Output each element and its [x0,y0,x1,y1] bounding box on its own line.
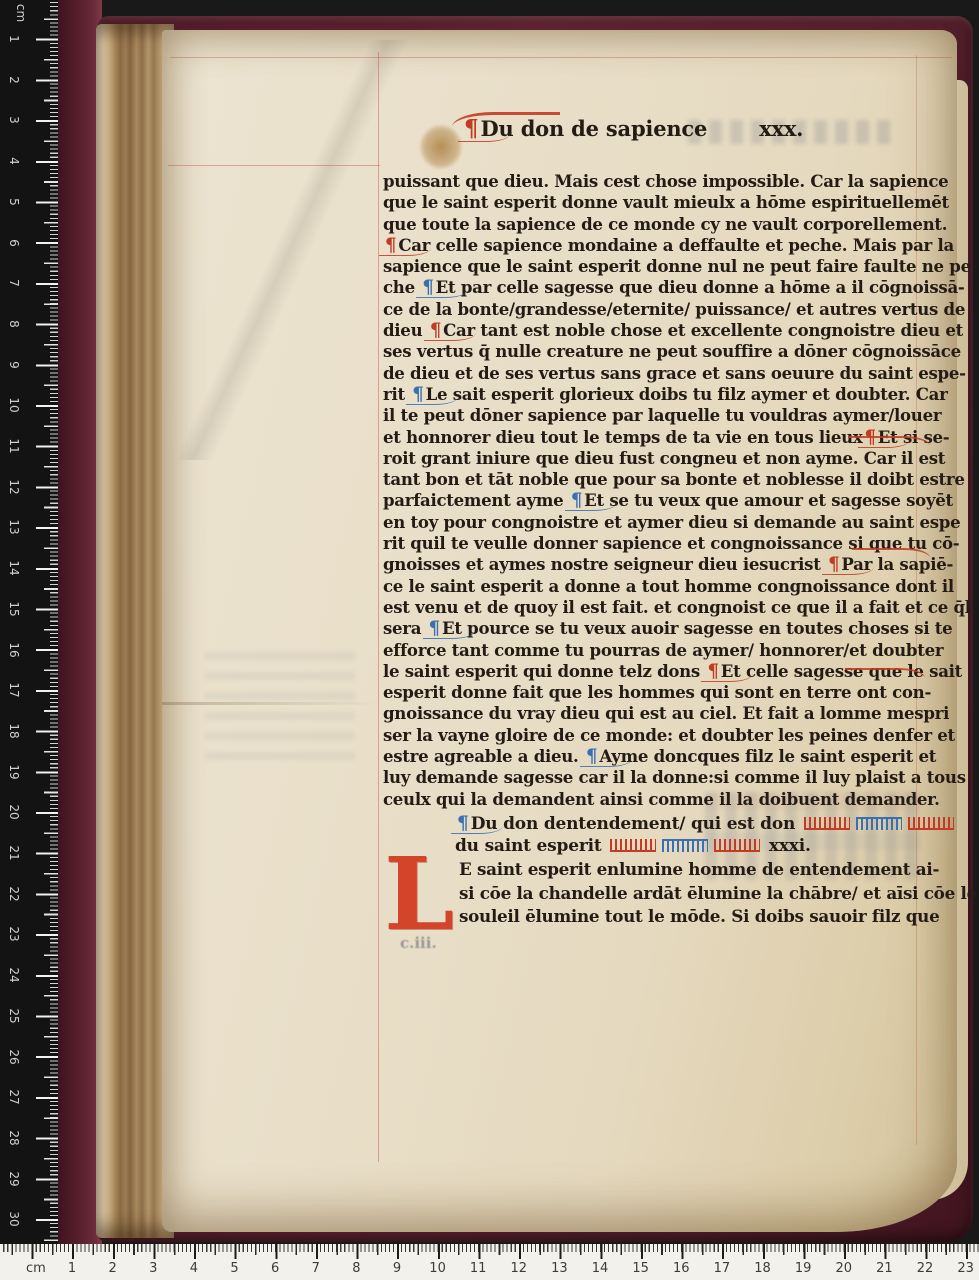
ruler-number: 20 [7,804,21,820]
text-segment: luy demande sagesse car il la donne:si c… [383,767,966,787]
running-header: ¶ Du don de sapience xxx. [462,115,803,142]
ruler-unit-label: cm [14,4,28,22]
text-segment: Et pource se tu veux auoir sagesse en to… [442,618,952,638]
ruled-line-vertical-left [378,52,379,1162]
text-line: efforce tant comme tu pourras de aymer/ … [383,640,924,661]
text-line: puissant que dieu. Mais cest chose impos… [383,171,924,192]
pilcrow-mark: ¶ [420,277,435,298]
ruler-number: 18 [7,723,21,739]
text-segment: efforce tant comme tu pourras de aymer/ … [383,640,943,660]
text-segment: gnoissance du vray dieu qui est au ciel.… [383,703,949,723]
text-segment: le saint esperit qui donne telz dons [383,661,705,681]
ruler-number: 25 [7,1008,21,1024]
text-line: ¶Du don dentendement/ qui est don [455,812,924,835]
ruler-number: 30 [7,1211,21,1227]
line-filler [662,839,708,852]
text-segment: en toy pour congnoistre et aymer dieu si… [383,512,960,532]
ruler-ticks [0,1244,979,1260]
text-segment: Car celle sapience mondaine a deffaulte … [398,235,954,255]
text-line: E saint esperit enlumine homme de entend… [459,858,924,882]
ruler-number: 23 [955,1261,977,1276]
pilcrow-mark: ¶ [427,618,442,639]
show-through-ghost-text [205,640,355,760]
text-segment: parfaictement ayme [383,490,569,510]
ruler-number: 14 [7,560,21,576]
pilcrow-mark: ¶ [826,554,841,575]
text-segment: puissant que dieu. Mais cest chose impos… [383,171,948,191]
page-crease [170,40,410,460]
pilcrow-mark: ¶ [705,661,720,682]
ruler-number: 17 [711,1261,733,1276]
text-segment: que le saint esperit donne vault mieulx … [383,192,949,212]
text-line: en toy pour congnoistre et aymer dieu si… [383,512,924,533]
text-segment: roit grant iniure que dieu fust congneu … [383,448,945,468]
chapter-opening-paragraph: E saint esperit enlumine homme de entend… [383,858,924,929]
text-line: rit ¶Le sait esperit glorieux doibs tu f… [383,384,924,405]
lombard-initial: L [384,852,460,938]
text-line: gnoisses et aymes nostre seigneur dieu i… [383,554,924,575]
ruled-line-horizontal-margin [168,165,380,166]
ruler-number: 8 [7,316,21,332]
ruler-number: 20 [833,1261,855,1276]
text-segment: de dieu et de ses vertus sans grace et s… [383,363,966,383]
folio-number: xxx. [759,116,803,141]
ruler-number: 22 [914,1261,936,1276]
ruler-number: 27 [7,1089,21,1105]
ruler-number: 13 [548,1261,570,1276]
ruler-number: 29 [7,1171,21,1187]
ruler-number: 2 [102,1261,124,1276]
text-line: de dieu et de ses vertus sans grace et s… [383,363,924,384]
ruler-number: 2 [7,72,21,88]
text-segment: que toute la sapience de ce monde cy ne … [383,214,947,234]
text-segment: ceulx qui la demandent ainsi comme il la… [383,789,940,809]
text-segment: dieu [383,320,428,340]
line-filler [908,817,954,830]
text-line: ¶Car celle sapience mondaine a deffaulte… [383,235,924,256]
ruler-number: 11 [7,438,21,454]
ruler-number: 26 [7,1049,21,1065]
ruler-number: 12 [7,479,21,495]
ruler-number: 12 [508,1261,530,1276]
horizontal-cm-ruler: cm 1234567891011121314151617181920212223 [0,1244,979,1280]
text-line: est venu et de quoy il est fait. et cong… [383,597,924,618]
red-swash-flourish [852,548,930,558]
text-segment: che [383,277,420,297]
pilcrow-mark: ¶ [428,320,443,341]
text-segment: Et celle sagesse que le sait [721,661,962,681]
text-segment: esperit donne fait que les hommes qui so… [383,682,931,702]
text-line: luy demande sagesse car il la donne:si c… [383,767,924,788]
line-filler [610,839,656,852]
ruler-number: 4 [7,153,21,169]
text-segment: Car tant est noble chose et excellente c… [443,320,963,340]
pilcrow-mark: ¶ [410,384,425,405]
text-line: souleil ēlumine tout le mōde. Si doibs s… [459,905,924,929]
ruler-number: 19 [792,1261,814,1276]
text-line: sera ¶Et pource se tu veux auoir sagesse… [383,618,924,639]
body-text-block: puissant que dieu. Mais cest chose impos… [383,171,924,810]
pilcrow-mark: ¶ [383,235,398,256]
pilcrow-mark: ¶ [455,812,471,834]
text-line: ce de la bonte/grandesse/eternite/ puiss… [383,299,924,320]
ruler-number: 15 [630,1261,652,1276]
ruler-number: 3 [7,112,21,128]
ruler-number: 1 [7,31,21,47]
text-segment: Du don dentendement/ qui est don [471,814,801,834]
text-segment: sapience que le saint esperit donne nul … [383,256,971,276]
text-line: que toute la sapience de ce monde cy ne … [383,214,924,235]
ruler-number: 16 [670,1261,692,1276]
ruler-number: 21 [873,1261,895,1276]
pilcrow-mark: ¶ [462,115,481,142]
pilcrow-mark: ¶ [584,746,599,767]
ruler-number: 9 [386,1261,408,1276]
text-segment: Et se tu veux que amour et sagesse soyēt [584,490,953,510]
ruler-number: 4 [183,1261,205,1276]
text-line: que le saint esperit donne vault mieulx … [383,192,924,213]
text-segment: xxxi. [763,836,811,856]
ink-stain [420,125,462,169]
text-segment: Ayme doncques filz le saint esperit et [599,746,936,766]
ruler-number: 9 [7,357,21,373]
ruler-number: 23 [7,926,21,942]
text-line: roit grant iniure que dieu fust congneu … [383,448,924,469]
text-line: gnoissance du vray dieu qui est au ciel.… [383,703,924,724]
text-line: ce le saint esperit a donne a tout homme… [383,576,924,597]
ruled-line-horizontal-top [170,57,952,58]
pilcrow-mark: ¶ [569,490,584,511]
text-segment: ce le saint esperit a donne a tout homme… [383,576,954,596]
line-filler [714,839,760,852]
ruler-number: 1 [61,1261,83,1276]
text-line: ceulx qui la demandent ainsi comme il la… [383,789,924,810]
text-line: tant bon et tāt noble que pour sa bonte … [383,469,924,490]
text-line: il te peut dōner sapience par laquelle t… [383,405,924,426]
text-line: ses vertus q̄ nulle creature ne peut sou… [383,341,924,362]
chapter-heading: ¶Du don dentendement/ qui est don du sai… [455,812,924,858]
ruler-number: 28 [7,1130,21,1146]
ruler-ticks [36,0,58,1242]
ruler-number: 3 [142,1261,164,1276]
ruler-number: 14 [589,1261,611,1276]
text-segment: du saint esperit [455,836,607,856]
text-segment: tant bon et tāt noble que pour sa bonte … [383,469,965,489]
text-line: dieu ¶Car tant est noble chose et excell… [383,320,924,341]
ruler-number: 5 [223,1261,245,1276]
ruler-number: 19 [7,764,21,780]
ruler-number: 17 [7,682,21,698]
line-filler [804,817,850,830]
ruler-number: 22 [7,886,21,902]
text-segment: ce de la bonte/grandesse/eternite/ puiss… [383,299,965,319]
ruler-number: 13 [7,519,21,535]
text-line: parfaictement ayme ¶Et se tu veux que am… [383,490,924,511]
text-segment: ses vertus q̄ nulle creature ne peut sou… [383,341,961,361]
ruler-number: 21 [7,845,21,861]
text-segment: Le sait esperit glorieux doibs tu filz a… [426,384,948,404]
text-segment: et honnorer dieu tout le temps de ta vie… [383,427,862,447]
text-segment: il te peut dōner sapience par laquelle t… [383,405,941,425]
ruler-number: 11 [467,1261,489,1276]
ruler-unit-label: cm [26,1261,46,1276]
text-line: esperit donne fait que les hommes qui so… [383,682,924,703]
ruler-number: 15 [7,601,21,617]
text-segment: estre agreable a dieu. [383,746,584,766]
ruler-number: 10 [7,397,21,413]
ruler-number: 6 [264,1261,286,1276]
photographed-manuscript-page: c.iii. ¶ Du don de sapience xxx. puissan… [0,0,979,1280]
ruler-number: 10 [427,1261,449,1276]
ruler-number: 7 [305,1261,327,1276]
text-segment: gnoisses et aymes nostre seigneur dieu i… [383,554,826,574]
ruler-number: 8 [345,1261,367,1276]
text-line: du saint esperit xxxi. [455,835,924,858]
line-filler [856,817,902,830]
text-line: le saint esperit qui donne telz dons ¶Et… [383,661,924,682]
text-segment: est venu et de quoy il est fait. et cong… [383,597,971,617]
red-swash-flourish [845,668,925,678]
text-line: estre agreable a dieu. ¶Ayme doncques fi… [383,746,924,767]
text-segment: Et par celle sagesse que dieu donne a hō… [436,277,965,297]
text-line: che ¶Et par celle sagesse que dieu donne… [383,277,924,298]
ruler-number: 5 [7,194,21,210]
ruler-number: 7 [7,275,21,291]
text-line: et honnorer dieu tout le temps de ta vie… [383,427,924,448]
ruler-number: 24 [7,967,21,983]
header-title: Du don de sapience [481,116,708,141]
text-segment: ser la vayne gloire de ce monde: et doub… [383,725,955,745]
ruler-number: 16 [7,642,21,658]
vertical-cm-ruler: cm 1234567891011121314151617181920212223… [0,0,58,1244]
text-line: ser la vayne gloire de ce monde: et doub… [383,725,924,746]
ruler-number: 6 [7,235,21,251]
text-line: rit quil te veulle donner sapience et co… [383,533,924,554]
red-swash-flourish [848,436,930,446]
text-line: sapience que le saint esperit donne nul … [383,256,924,277]
ruler-number: 18 [752,1261,774,1276]
text-line: si cōe la chandelle ardāt ēlumine la chā… [459,882,924,906]
text-segment: sera [383,618,427,638]
